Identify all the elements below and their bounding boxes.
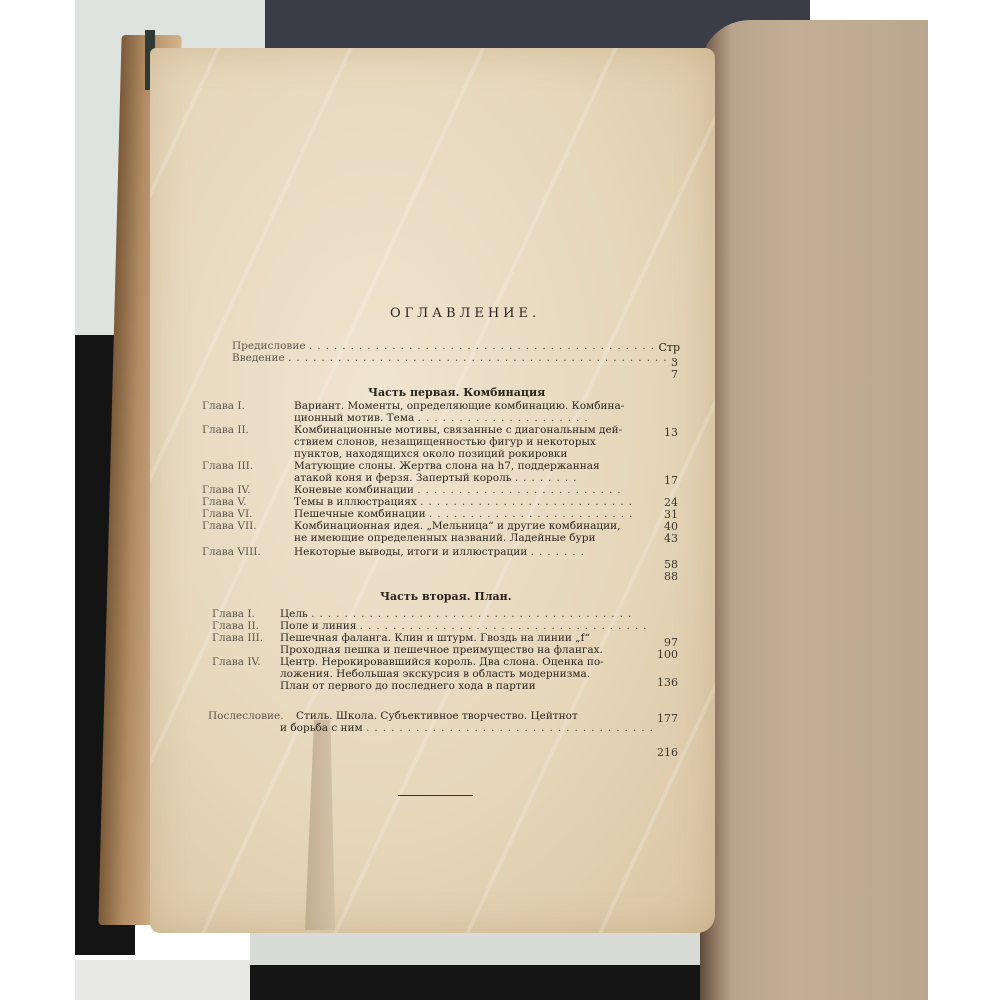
part-one-title: Часть первая. Комбинация: [368, 386, 545, 399]
page-number: 88: [664, 570, 678, 583]
right-page: [700, 20, 928, 1000]
chapter-title: атакой коня и ферзя. Запертый король ...…: [294, 472, 582, 484]
page-number: 177: [657, 712, 678, 725]
end-rule: [398, 795, 473, 796]
background-dark-tile-bottom: [250, 965, 710, 1000]
chapter-title: Матующие слоны. Жертва слона на h7, подд…: [294, 460, 600, 472]
chapter-title: План от первого до последнего хода в пар…: [280, 680, 536, 692]
chapter-title: Комбинационная идея. „Мельница“ и другие…: [294, 520, 620, 532]
chapter-title: ционный мотив. Тема ....................…: [294, 412, 593, 424]
toc-title: ОГЛАВЛЕНИЕ.: [390, 306, 540, 321]
page-number: 136: [657, 676, 678, 689]
page-number: 100: [657, 648, 678, 661]
chapter-title: Цель ...................................…: [280, 608, 636, 620]
page-number: 17: [664, 474, 678, 487]
chapter-title: Коневые комбинации .....................…: [294, 484, 626, 496]
chapter-title: Некоторые выводы, итоги и иллюстрации ..…: [294, 546, 589, 558]
background-left: [0, 0, 75, 1000]
chapter-label: Глава VIII.: [202, 546, 261, 558]
afterword-label: Послесловие.: [208, 710, 284, 722]
page-number: 7: [671, 368, 678, 381]
chapter-title: Комбинационные мотивы, связанные с диаго…: [294, 424, 622, 436]
afterword-title: Стиль. Школа. Субъективное творчество. Ц…: [296, 710, 578, 722]
chapter-label: Глава III.: [202, 460, 253, 472]
chapter-title: Проходная пешка и пешечное преимущество …: [280, 644, 603, 656]
chapter-title: ствием слонов, незащищенностью фигур и н…: [294, 436, 596, 448]
chapter-title: пунктов, находящихся около позиций рокир…: [294, 448, 567, 460]
chapter-title: Пешечная фаланга. Клин и штурм. Гвоздь н…: [280, 632, 590, 644]
toc-entry-introduction: Введение ...............................…: [232, 352, 680, 364]
background-light-tile-bottom: [250, 930, 700, 965]
chapter-title: Пешечные комбинации ....................…: [294, 508, 637, 520]
chapter-label: Глава VII.: [202, 520, 257, 532]
chapter-label: Глава II.: [212, 620, 259, 632]
page-number: 216: [657, 746, 678, 759]
chapter-label: Глава V.: [202, 496, 246, 508]
part-two-title: Часть вторая. План.: [380, 590, 512, 603]
chapter-label: Глава I.: [202, 400, 245, 412]
chapter-title: ложения. Небольшая экскурсия в область м…: [280, 668, 590, 680]
chapter-title: Вариант. Моменты, определяющие комбинаци…: [294, 400, 624, 412]
afterword-title: и борьба с ним .........................…: [280, 722, 658, 734]
page-number: 43: [664, 532, 678, 545]
chapter-title: Темы в иллюстрациях ....................…: [294, 496, 637, 508]
chapter-title: не имеющие определенных названий. Ладейн…: [294, 532, 595, 544]
toc-entry-preface: Предисловие ............................…: [232, 340, 659, 352]
chapter-title: Центр. Нерокировавшийся король. Два слон…: [280, 656, 604, 668]
chapter-label: Глава III.: [212, 632, 263, 644]
chapter-label: Глава IV.: [212, 656, 261, 668]
chapter-label: Глава VI.: [202, 508, 252, 520]
chapter-label: Глава II.: [202, 424, 249, 436]
chapter-label: Глава I.: [212, 608, 255, 620]
chapter-label: Глава IV.: [202, 484, 251, 496]
chapter-title: Поле и линия ...........................…: [280, 620, 652, 632]
page-number: 13: [664, 426, 678, 439]
background-light-tile-bottom-left: [75, 960, 250, 1000]
background-right: [928, 0, 1000, 1000]
